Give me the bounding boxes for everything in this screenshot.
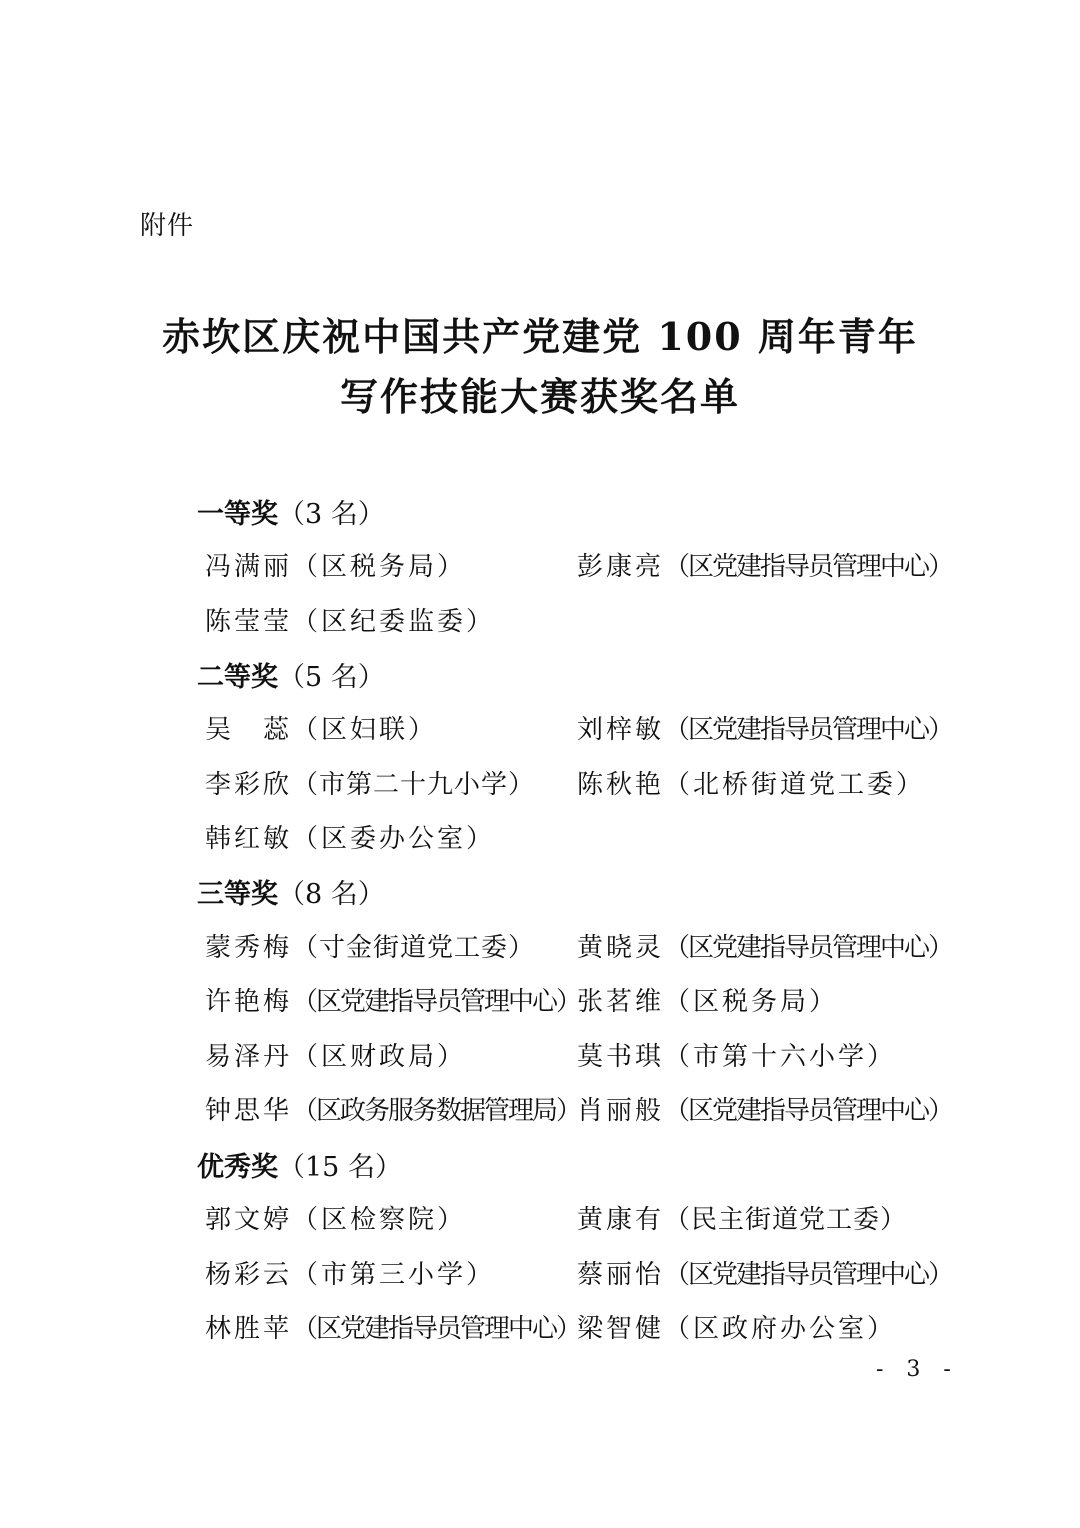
document-title-line1: 赤坎区庆祝中国共产党建党 100 周年青年 [0,306,1080,361]
winner-name: 冯满丽 [205,552,292,582]
winner-entry: 梁智健（区政府办公室） [577,1308,896,1345]
winner-entry: 黄晓灵（区党建指导员管理中心） [577,927,952,964]
winner-org: （区妇联） [292,715,437,745]
award-heading-label: 一等奖 [197,499,278,530]
winner-entry: 易泽丹（区财政局） [205,1036,466,1073]
winner-org: （区党建指导员管理中心） [292,1314,580,1344]
winner-entry: 钟思华（区政务服务数据管理局） [205,1090,580,1127]
winner-org: （民主街道党工委） [664,1205,907,1235]
winner-entry: 莫书琪（市第十六小学） [577,1036,896,1073]
award-heading-second: 二等奖（5 名） [197,655,385,694]
award-count: （15 名） [278,1152,402,1183]
winner-entry: 彭康亮（区党建指导员管理中心） [577,546,952,583]
winner-entry: 林胜苹（区党建指导员管理中心） [205,1308,580,1345]
winner-name: 肖丽般 [577,1096,664,1126]
winner-name: 郭文婷 [205,1205,292,1235]
winner-entry: 黄康有（民主街道党工委） [577,1199,907,1236]
winner-entry: 肖丽般（区党建指导员管理中心） [577,1090,952,1127]
winner-org: （区党建指导员管理中心） [664,1260,952,1290]
winner-name: 刘梓敏 [577,715,664,745]
award-count: （8 名） [278,879,385,910]
winner-entry: 吴 蕊（区妇联） [205,709,437,746]
winner-entry: 冯满丽（区税务局） [205,546,466,583]
winner-name: 易泽丹 [205,1042,292,1072]
award-heading-label: 二等奖 [197,662,278,693]
award-count: （3 名） [278,499,385,530]
winner-org: （区党建指导员管理中心） [292,987,580,1017]
winner-name: 林胜苹 [205,1314,292,1344]
winner-entry: 蔡丽怡（区党建指导员管理中心） [577,1254,952,1291]
winner-org: （区党建指导员管理中心） [664,552,952,582]
winner-name: 陈莹莹 [205,607,292,637]
winner-entry: 陈莹莹（区纪委监委） [205,601,495,638]
winner-org: （区纪委监委） [292,607,495,637]
winner-name: 韩红敏 [205,824,292,854]
award-heading-third: 三等奖（8 名） [197,872,385,911]
winner-org: （区党建指导员管理中心） [664,1096,952,1126]
winner-name: 蒙秀梅 [205,933,292,963]
winner-entry: 刘梓敏（区党建指导员管理中心） [577,709,952,746]
winner-org: （区党建指导员管理中心） [664,715,952,745]
award-heading-excellence: 优秀奖（15 名） [197,1145,402,1184]
winner-name: 张茗维 [577,987,664,1017]
winner-org: （北桥街道党工委） [664,770,925,800]
award-heading-first: 一等奖（3 名） [197,492,385,531]
winner-name: 钟思华 [205,1096,292,1126]
winner-name: 陈秋艳 [577,770,664,800]
winner-name: 许艳梅 [205,987,292,1017]
winner-org: （市第二十九小学） [292,770,535,800]
winner-org: （区税务局） [292,552,466,582]
winner-org: （区政府办公室） [664,1314,896,1344]
winner-org: （区政务服务数据管理局） [292,1096,580,1126]
page-number: - 3 - [876,1357,959,1382]
winner-entry: 蒙秀梅（寸金街道党工委） [205,927,535,964]
winner-org: （区财政局） [292,1042,466,1072]
winner-name: 杨彩云 [205,1260,292,1290]
winner-org: （区委办公室） [292,824,495,854]
award-count: （5 名） [278,662,385,693]
award-heading-label: 优秀奖 [197,1152,278,1183]
winner-name: 莫书琪 [577,1042,664,1072]
winner-name: 蔡丽怡 [577,1260,664,1290]
winner-entry: 张茗维（区税务局） [577,981,838,1018]
winner-entry: 李彩欣（市第二十九小学） [205,764,535,801]
winner-entry: 杨彩云（市第三小学） [205,1254,495,1291]
winner-org: （区检察院） [292,1205,466,1235]
winner-name: 李彩欣 [205,770,292,800]
winner-entry: 郭文婷（区检察院） [205,1199,466,1236]
winner-org: （区党建指导员管理中心） [664,933,952,963]
winner-name: 黄康有 [577,1205,664,1235]
document-title-line2: 写作技能大赛获奖名单 [0,366,1080,421]
winner-entry: 韩红敏（区委办公室） [205,818,495,855]
winner-org: （区税务局） [664,987,838,1017]
winner-name: 吴 蕊 [205,715,292,745]
winner-name: 彭康亮 [577,552,664,582]
winner-org: （寸金街道党工委） [292,933,535,963]
attachment-label: 附件 [140,205,194,242]
winner-name: 黄晓灵 [577,933,664,963]
award-heading-label: 三等奖 [197,879,278,910]
winner-org: （市第三小学） [292,1260,495,1290]
winner-entry: 许艳梅（区党建指导员管理中心） [205,981,580,1018]
winner-org: （市第十六小学） [664,1042,896,1072]
winner-entry: 陈秋艳（北桥街道党工委） [577,764,925,801]
winner-name: 梁智健 [577,1314,664,1344]
